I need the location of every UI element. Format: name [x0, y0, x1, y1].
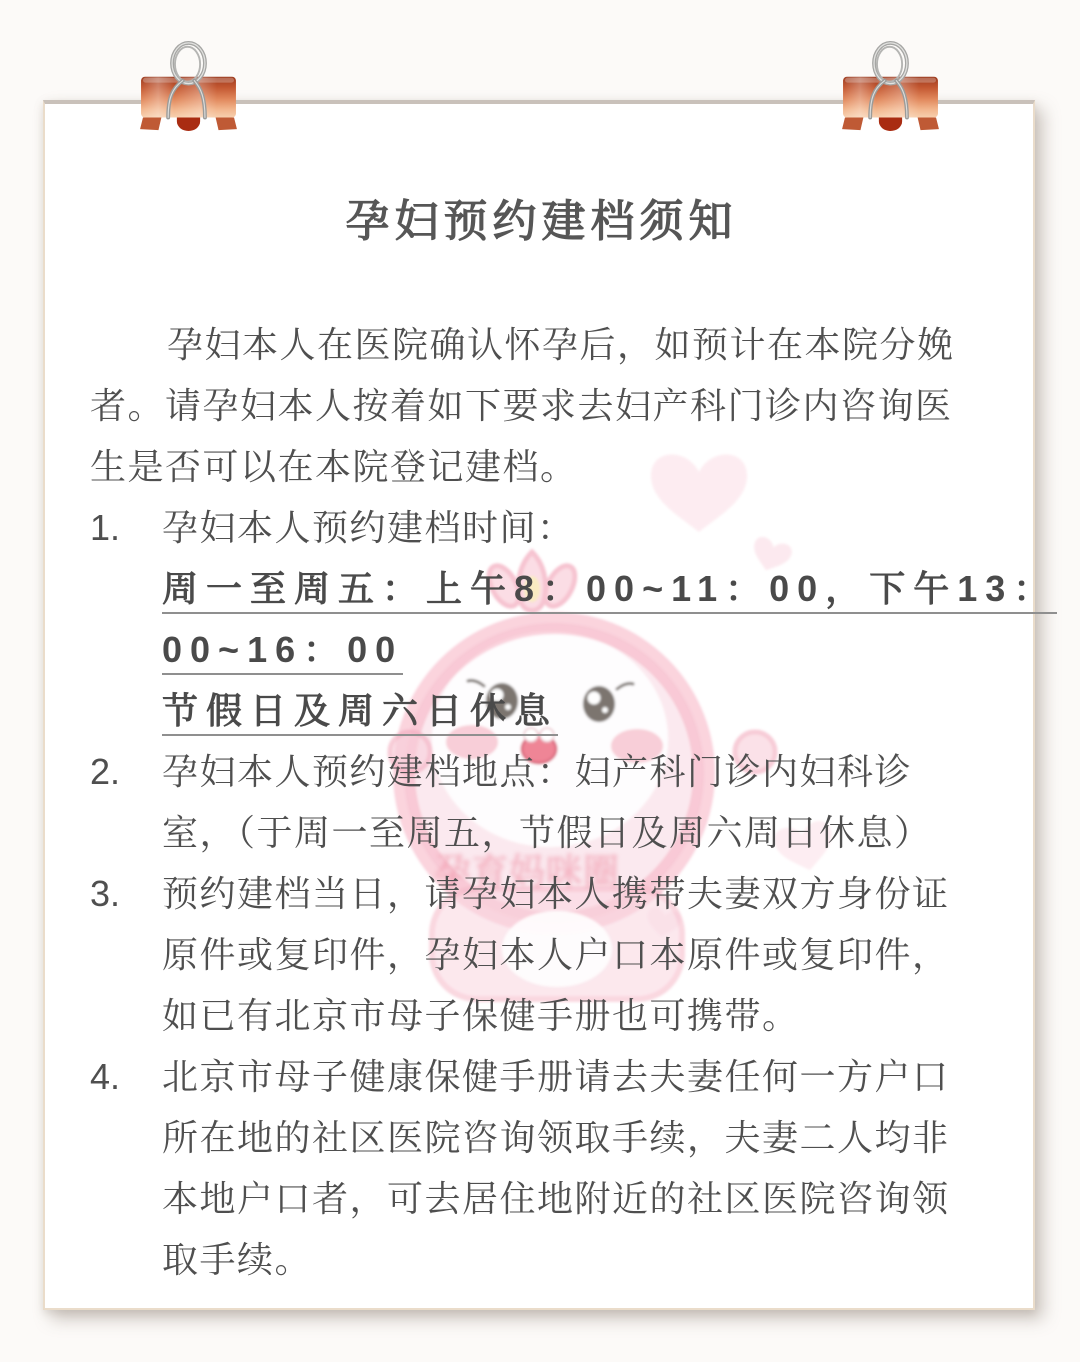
- list-item-number: 1.: [90, 497, 162, 558]
- notice-content: 孕妇预约建档须知 孕妇本人在医院确认怀孕后，如预计在本院分娩 者。请孕妇本人按着…: [45, 196, 1033, 1290]
- list-item: 1. 孕妇本人预约建档时间： 周一至周五：上午8：00~11：00，下午13： …: [90, 497, 993, 741]
- list-item-line: 00~16：00: [162, 619, 993, 680]
- clip-notch: [177, 117, 200, 132]
- list-item-line: 孕妇本人预约建档地点：妇产科门诊内妇科诊: [162, 741, 993, 802]
- binder-clip-right-icon: [842, 40, 939, 132]
- notice-paper: 孕育妈咪圈 孕妇预约建档须知 孕妇本人在医院确认怀孕后，如预计在本院分娩 者。请…: [43, 100, 1035, 1310]
- list-item-line: 室，（于周一至周五，节假日及周六周日休息）: [162, 802, 993, 863]
- list-item-line: 预约建档当日，请孕妇本人携带夫妻双方身份证: [162, 863, 993, 924]
- schedule-rest-text: 节假日及周六日休息: [162, 690, 558, 736]
- list-item-line: 取手续。: [162, 1229, 993, 1290]
- intro-paragraph: 孕妇本人在医院确认怀孕后，如预计在本院分娩 者。请孕妇本人按着如下要求去妇产科门…: [90, 314, 993, 497]
- list-item: 4. 北京市母子健康保健手册请去夫妻任何一方户口 所在地的社区医院咨询领取手续，…: [90, 1046, 993, 1290]
- list-item-number: 3.: [90, 863, 162, 924]
- list-item: 2. 孕妇本人预约建档地点：妇产科门诊内妇科诊 室，（于周一至周五，节假日及周六…: [90, 741, 993, 863]
- page-title: 孕妇预约建档须知: [90, 196, 993, 248]
- schedule-time-text: 00~16：00: [162, 629, 403, 675]
- list-item-line: 原件或复印件，孕妇本人户口本原件或复印件，: [162, 924, 993, 985]
- list-item-line: 孕妇本人预约建档时间：: [162, 497, 993, 558]
- list-item-line: 周一至周五：上午8：00~11：00，下午13：: [162, 558, 993, 619]
- list-item-line: 本地户口者，可去居住地附近的社区医院咨询领: [162, 1168, 993, 1229]
- schedule-time-text: 周一至周五：上午8：00~11：00，下午13：: [162, 568, 1057, 614]
- list-item-line: 节假日及周六日休息: [162, 680, 993, 741]
- list-item: 3. 预约建档当日，请孕妇本人携带夫妻双方身份证 原件或复印件，孕妇本人户口本原…: [90, 863, 993, 1046]
- intro-line: 生是否可以在本院登记建档。: [90, 436, 993, 497]
- list-item-number: 4.: [90, 1046, 162, 1107]
- list-item-number: 2.: [90, 741, 162, 802]
- binder-clip-left-icon: [140, 40, 237, 132]
- list-item-line: 所在地的社区医院咨询领取手续，夫妻二人均非: [162, 1107, 993, 1168]
- clip-notch: [879, 117, 902, 132]
- intro-line: 孕妇本人在医院确认怀孕后，如预计在本院分娩: [90, 314, 993, 375]
- notice-poster: 孕育妈咪圈 孕妇预约建档须知 孕妇本人在医院确认怀孕后，如预计在本院分娩 者。请…: [0, 0, 1080, 1362]
- list-item-line: 北京市母子健康保健手册请去夫妻任何一方户口: [162, 1046, 993, 1107]
- list-item-line: 如已有北京市母子保健手册也可携带。: [162, 985, 993, 1046]
- intro-line: 者。请孕妇本人按着如下要求去妇产科门诊内咨询医: [90, 375, 993, 436]
